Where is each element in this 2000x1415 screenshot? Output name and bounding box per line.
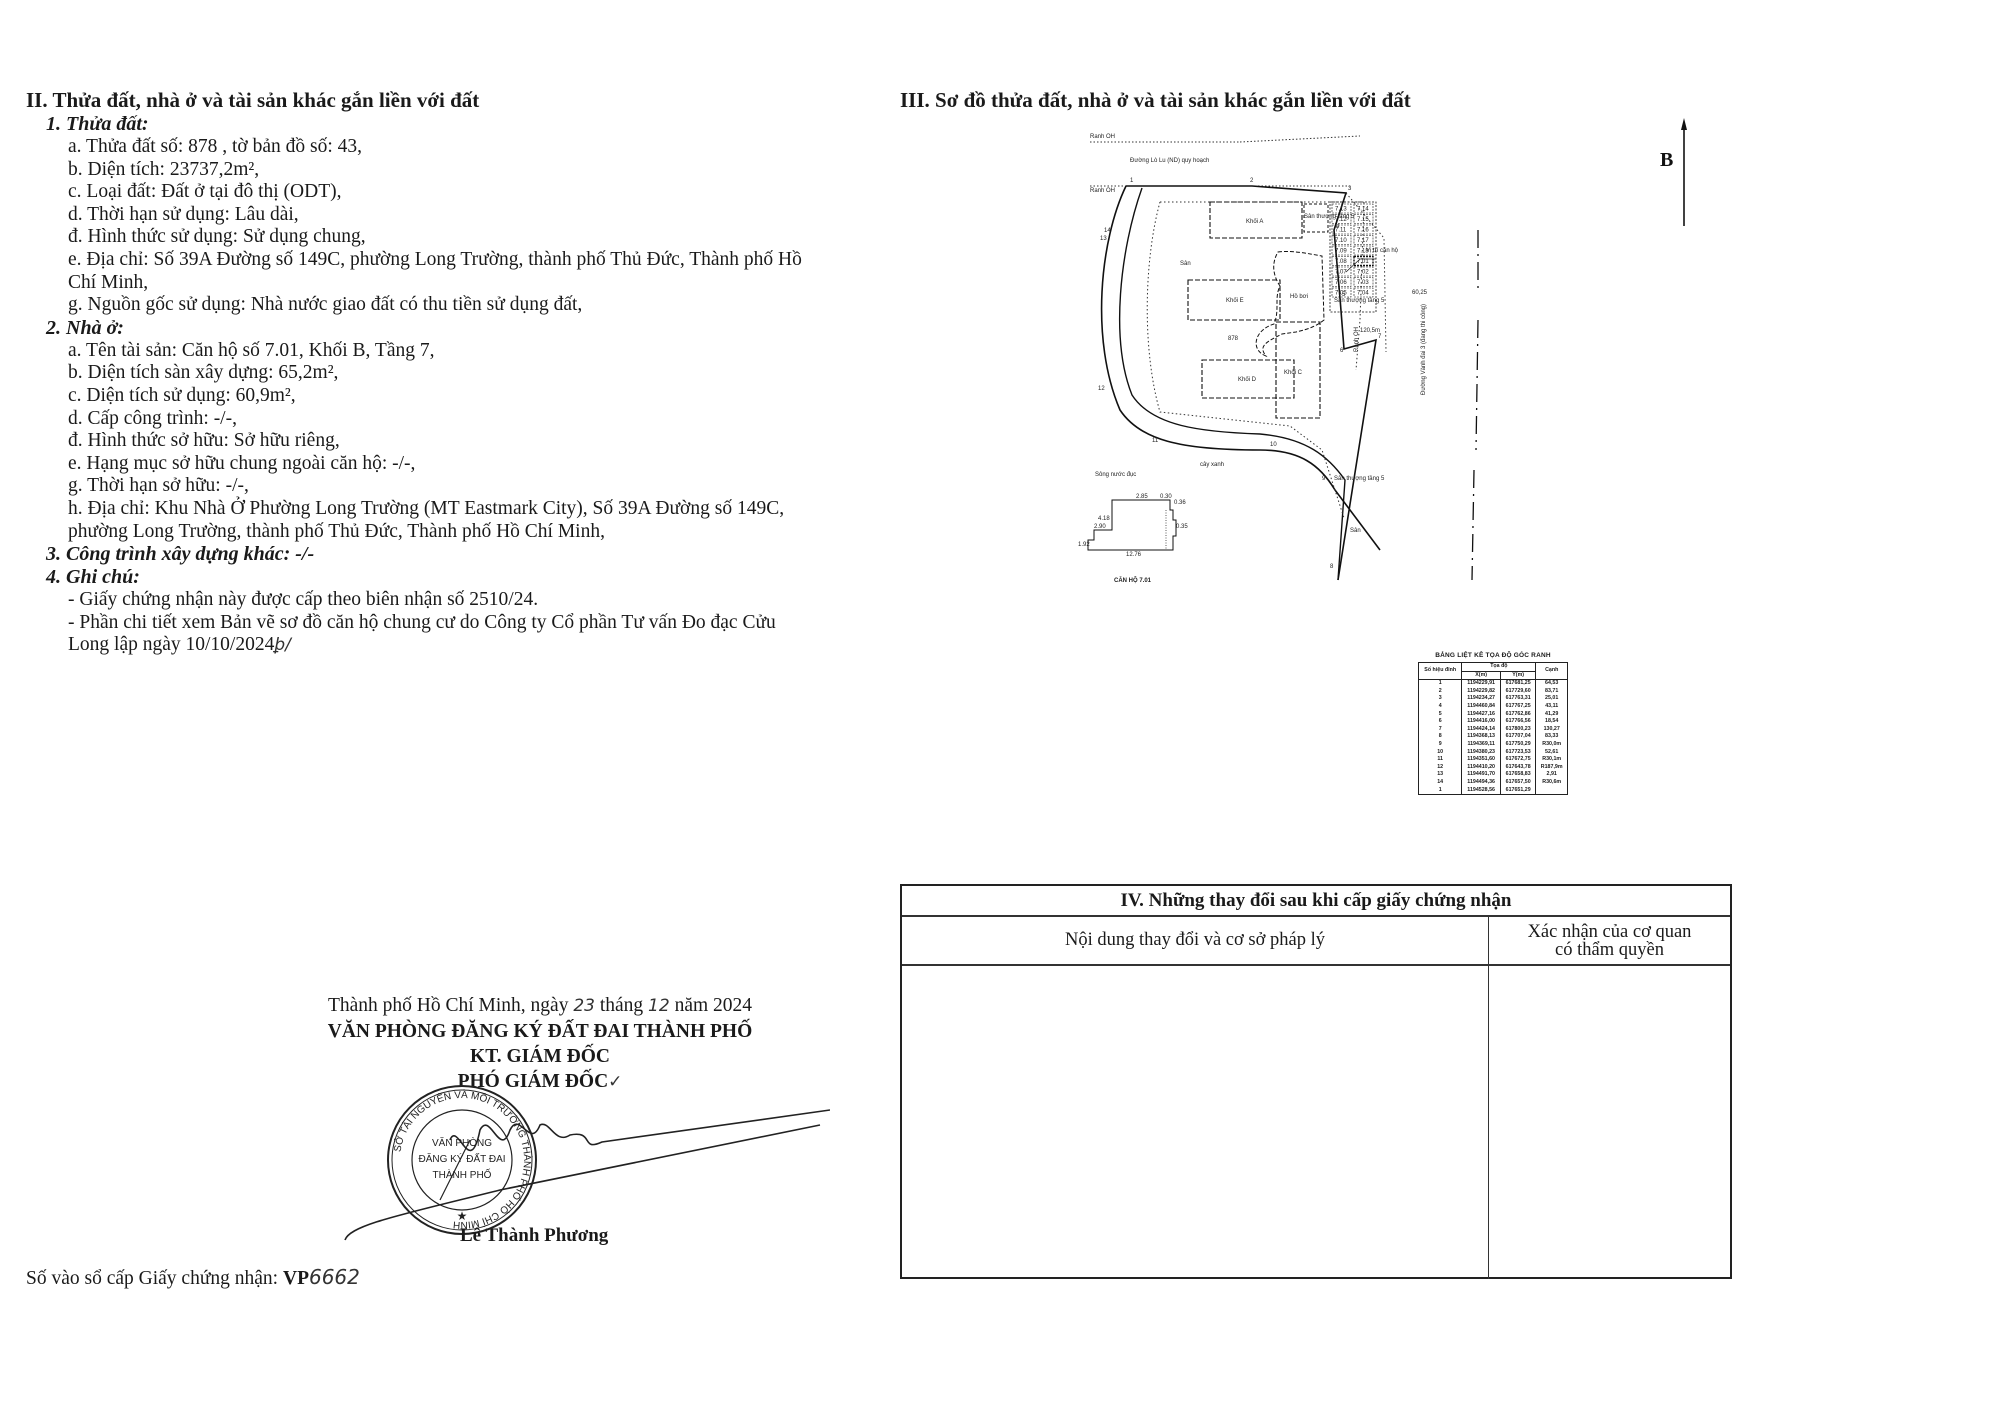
svg-text:7.06: 7.06	[1335, 280, 1347, 286]
coord-row: 91194369,11617750,29R30,0m	[1419, 741, 1568, 749]
notes-heading: 4. Ghi chú:	[26, 566, 856, 589]
land-heading: 1. Thửa đất:	[26, 113, 856, 136]
day-handwritten: 23	[573, 996, 595, 1016]
svg-text:1: 1	[1130, 178, 1134, 184]
svg-text:Đường Lò Lu (ND) quy hoạch: Đường Lò Lu (ND) quy hoạch	[1130, 158, 1209, 164]
svg-text:Đường Vành đai 3 (đang thi côn: Đường Vành đai 3 (đang thi công)	[1421, 304, 1427, 395]
notes-list: - Giấy chứng nhận này được cấp theo biên…	[26, 589, 856, 657]
svg-text:B: B	[1660, 149, 1673, 171]
svg-text:12.76: 12.76	[1126, 552, 1142, 558]
changes-table: IV. Những thay đổi sau khi cấp giấy chứn…	[900, 884, 1732, 1279]
signer-name: Lê Thành Phương	[460, 1225, 608, 1247]
detail-line: Chí Minh,	[26, 272, 856, 295]
header-edge: Cạnh	[1536, 663, 1568, 680]
svg-text:14: 14	[1104, 228, 1111, 234]
svg-text:7.13: 7.13	[1335, 207, 1347, 213]
changes-title: IV. Những thay đổi sau khi cấp giấy chứn…	[902, 886, 1730, 917]
coord-row: 121194410,20617643,78R187,9m	[1419, 764, 1568, 772]
coord-row: 141194494,36617657,50R30,6m	[1419, 779, 1568, 787]
coord-row: 51194427,16617762,8641,29	[1419, 711, 1568, 719]
svg-text:Ranh OH: Ranh OH	[1090, 134, 1115, 140]
issuing-office: VĂN PHÒNG ĐĂNG KÝ ĐẤT ĐAI THÀNH PHỐ	[300, 1019, 780, 1044]
registration-number: Số vào sổ cấp Giấy chứng nhận: VP6662	[26, 1265, 360, 1290]
svg-text:7.12: 7.12	[1335, 217, 1347, 223]
coord-row: 111194351,60617672,75R30,1m	[1419, 756, 1568, 764]
svg-text:60,25: 60,25	[1412, 290, 1428, 296]
section2-title: II. Thửa đất, nhà ở và tài sản khác gắn …	[26, 88, 856, 113]
detail-line: - Giấy chứng nhận này được cấp theo biên…	[26, 589, 856, 612]
detail-line: a. Thửa đất số: 878 , tờ bản đồ số: 43,	[26, 136, 856, 159]
coord-table-title: BẢNG LIỆT KÊ TỌA ĐỘ GÓC RANH	[1418, 652, 1568, 659]
svg-text:7.02: 7.02	[1357, 270, 1369, 276]
header-x: X(m)	[1462, 671, 1501, 680]
svg-text:2.90: 2.90	[1094, 524, 1106, 530]
svg-text:Sân thượng tầng 5: Sân thượng tầng 5	[1304, 214, 1355, 220]
svg-text:Sông nước đục: Sông nước đục	[1095, 472, 1136, 478]
col2-line2: có thẩm quyền	[1489, 941, 1730, 959]
coord-table: Số hiệu đỉnh Tọa độ Cạnh X(m) Y(m) 11194…	[1418, 662, 1568, 795]
coord-row: 21194229,82617729,6083,71	[1419, 688, 1568, 696]
detail-line: c. Loại đất: Đất ở tại đô thị (ODT),	[26, 181, 856, 204]
svg-text:Khối A: Khối A	[1246, 219, 1263, 225]
detail-line: b. Diện tích sàn xây dựng: 65,2m²,	[26, 362, 856, 385]
land-details: a. Thửa đất số: 878 , tờ bản đồ số: 43,b…	[26, 136, 856, 317]
detail-line: e. Địa chỉ: Số 39A Đường số 149C, phường…	[26, 249, 856, 272]
svg-text:7.17: 7.17	[1357, 238, 1369, 244]
detail-line: - Phần chi tiết xem Bản vẽ sơ đồ căn hộ …	[26, 612, 856, 635]
svg-text:Vị trí căn hộ: Vị trí căn hộ	[1366, 248, 1399, 254]
svg-text:12: 12	[1098, 386, 1105, 392]
changes-content-cell	[902, 966, 1489, 1279]
svg-text:7.16: 7.16	[1357, 228, 1369, 234]
svg-text:7.15: 7.15	[1357, 217, 1369, 223]
svg-text:7.09: 7.09	[1335, 249, 1347, 255]
svg-text:7.14: 7.14	[1357, 207, 1369, 213]
col2-line1: Xác nhận của cơ quan	[1489, 923, 1730, 941]
header-coord: Tọa độ	[1462, 663, 1536, 672]
coord-row: 81194368,13617707,0483,33	[1419, 733, 1568, 741]
site-plan-diagram: Ranh OH Đường Lò Lu (ND) quy hoạch Ranh …	[1060, 120, 1540, 600]
detail-line: g. Nguồn gốc sử dụng: Nhà nước giao đất …	[26, 294, 856, 317]
svg-text:0.30: 0.30	[1160, 494, 1172, 500]
issue-date: Thành phố Hồ Chí Minh, ngày 23 tháng 12 …	[300, 993, 780, 1019]
svg-text:7.04: 7.04	[1357, 291, 1369, 297]
house-details: a. Tên tài sản: Căn hộ số 7.01, Khối B, …	[26, 340, 856, 543]
svg-text:13: 13	[1100, 236, 1107, 242]
svg-text:7.08: 7.08	[1335, 259, 1347, 265]
svg-text:Sân: Sân	[1350, 528, 1361, 534]
boundary-coordinate-table: BẢNG LIỆT KÊ TỌA ĐỘ GÓC RANH Số hiệu đỉn…	[1418, 652, 1568, 795]
svg-text:2.85: 2.85	[1136, 494, 1148, 500]
svg-text:Sân: Sân	[1180, 261, 1191, 267]
svg-text:0.36: 0.36	[1174, 500, 1186, 506]
signer-role-1: KT. GIÁM ĐỐC	[300, 1044, 780, 1069]
svg-text:Khối C: Khối C	[1284, 370, 1303, 376]
svg-text:7: 7	[1378, 334, 1382, 340]
svg-text:7.07: 7.07	[1335, 270, 1347, 276]
svg-text:3: 3	[1348, 186, 1352, 192]
other-works: 3. Công trình xây dựng khác: -/-	[26, 543, 856, 566]
svg-text:Sân thượng tầng 5: Sân thượng tầng 5	[1334, 476, 1385, 482]
detail-line: đ. Hình thức sở hữu: Sở hữu riêng,	[26, 430, 856, 453]
section3-title: III. Sơ đồ thửa đất, nhà ở và tài sản kh…	[900, 88, 1411, 113]
svg-text:4.18: 4.18	[1098, 516, 1110, 522]
coord-row: 131194491,70617658,832,91	[1419, 771, 1568, 779]
coord-row: 101194380,23617723,5352,61	[1419, 749, 1568, 757]
detail-line: d. Cấp công trình: -/-,	[26, 408, 856, 431]
svg-text:Khối D: Khối D	[1238, 377, 1257, 383]
svg-text:7.03: 7.03	[1357, 280, 1369, 286]
registration-number-handwritten: 6662	[309, 1265, 360, 1289]
coord-row: 41194460,84617767,2543,11	[1419, 703, 1568, 711]
svg-text:Ranh OH: Ranh OH	[1090, 188, 1115, 194]
svg-text:10: 10	[1270, 442, 1277, 448]
detail-line: h. Địa chỉ: Khu Nhà Ở Phường Long Trường…	[26, 498, 856, 521]
coord-row: 31194234,27617763,3125,01	[1419, 695, 1568, 703]
detail-line: phường Long Trường, thành phố Thủ Đức, T…	[26, 521, 856, 544]
svg-text:CĂN HỘ 7.01: CĂN HỘ 7.01	[1114, 576, 1152, 584]
section-land-house: II. Thửa đất, nhà ở và tài sản khác gắn …	[26, 88, 856, 657]
svg-text:2: 2	[1250, 178, 1254, 184]
detail-line: d. Thời hạn sử dụng: Lâu dài,	[26, 204, 856, 227]
changes-col-content: Nội dung thay đổi và cơ sở pháp lý	[902, 917, 1489, 964]
month-handwritten: 12	[648, 996, 670, 1016]
header-y: Y(m)	[1500, 671, 1535, 680]
detail-line: b. Diện tích: 23737,2m²,	[26, 159, 856, 182]
svg-text:7.10: 7.10	[1335, 238, 1347, 244]
house-heading: 2. Nhà ở:	[26, 317, 856, 340]
svg-text:11: 11	[1152, 438, 1159, 444]
svg-text:0.35: 0.35	[1176, 524, 1188, 530]
svg-text:Hồ bơi: Hồ bơi	[1290, 294, 1308, 300]
changes-col-confirmation: Xác nhận của cơ quan có thẩm quyền	[1489, 917, 1730, 964]
coord-row: 71194424,14617800,23130,27	[1419, 726, 1568, 734]
svg-text:Sân thượng tầng 5: Sân thượng tầng 5	[1334, 298, 1385, 304]
north-arrow-icon: B	[1660, 118, 1700, 228]
detail-line: e. Hạng mục sở hữu chung ngoài căn hộ: -…	[26, 453, 856, 476]
svg-text:Khối E: Khối E	[1226, 298, 1244, 304]
svg-text:878: 878	[1228, 336, 1239, 342]
detail-line: Long lập ngày 10/10/2024ꝧ/	[26, 634, 856, 657]
svg-text:1.92: 1.92	[1078, 542, 1090, 548]
coord-row: 11194229,91617681,2564,53	[1419, 680, 1568, 688]
detail-line: c. Diện tích sử dụng: 60,9m²,	[26, 385, 856, 408]
svg-text:cây xanh: cây xanh	[1200, 462, 1224, 468]
coord-row: 61194416,00617766,5618,54	[1419, 718, 1568, 726]
detail-line: a. Tên tài sản: Căn hộ số 7.01, Khối B, …	[26, 340, 856, 363]
detail-line: đ. Hình thức sử dụng: Sử dụng chung,	[26, 226, 856, 249]
svg-text:8: 8	[1330, 564, 1334, 570]
detail-line: g. Thời hạn sở hữu: -/-,	[26, 475, 856, 498]
north-arrow: B	[1660, 118, 1700, 228]
svg-text:120,5m: 120,5m	[1360, 328, 1380, 334]
header-point: Số hiệu đỉnh	[1419, 663, 1462, 680]
coord-row: 11194528,56617651,29	[1419, 787, 1568, 795]
